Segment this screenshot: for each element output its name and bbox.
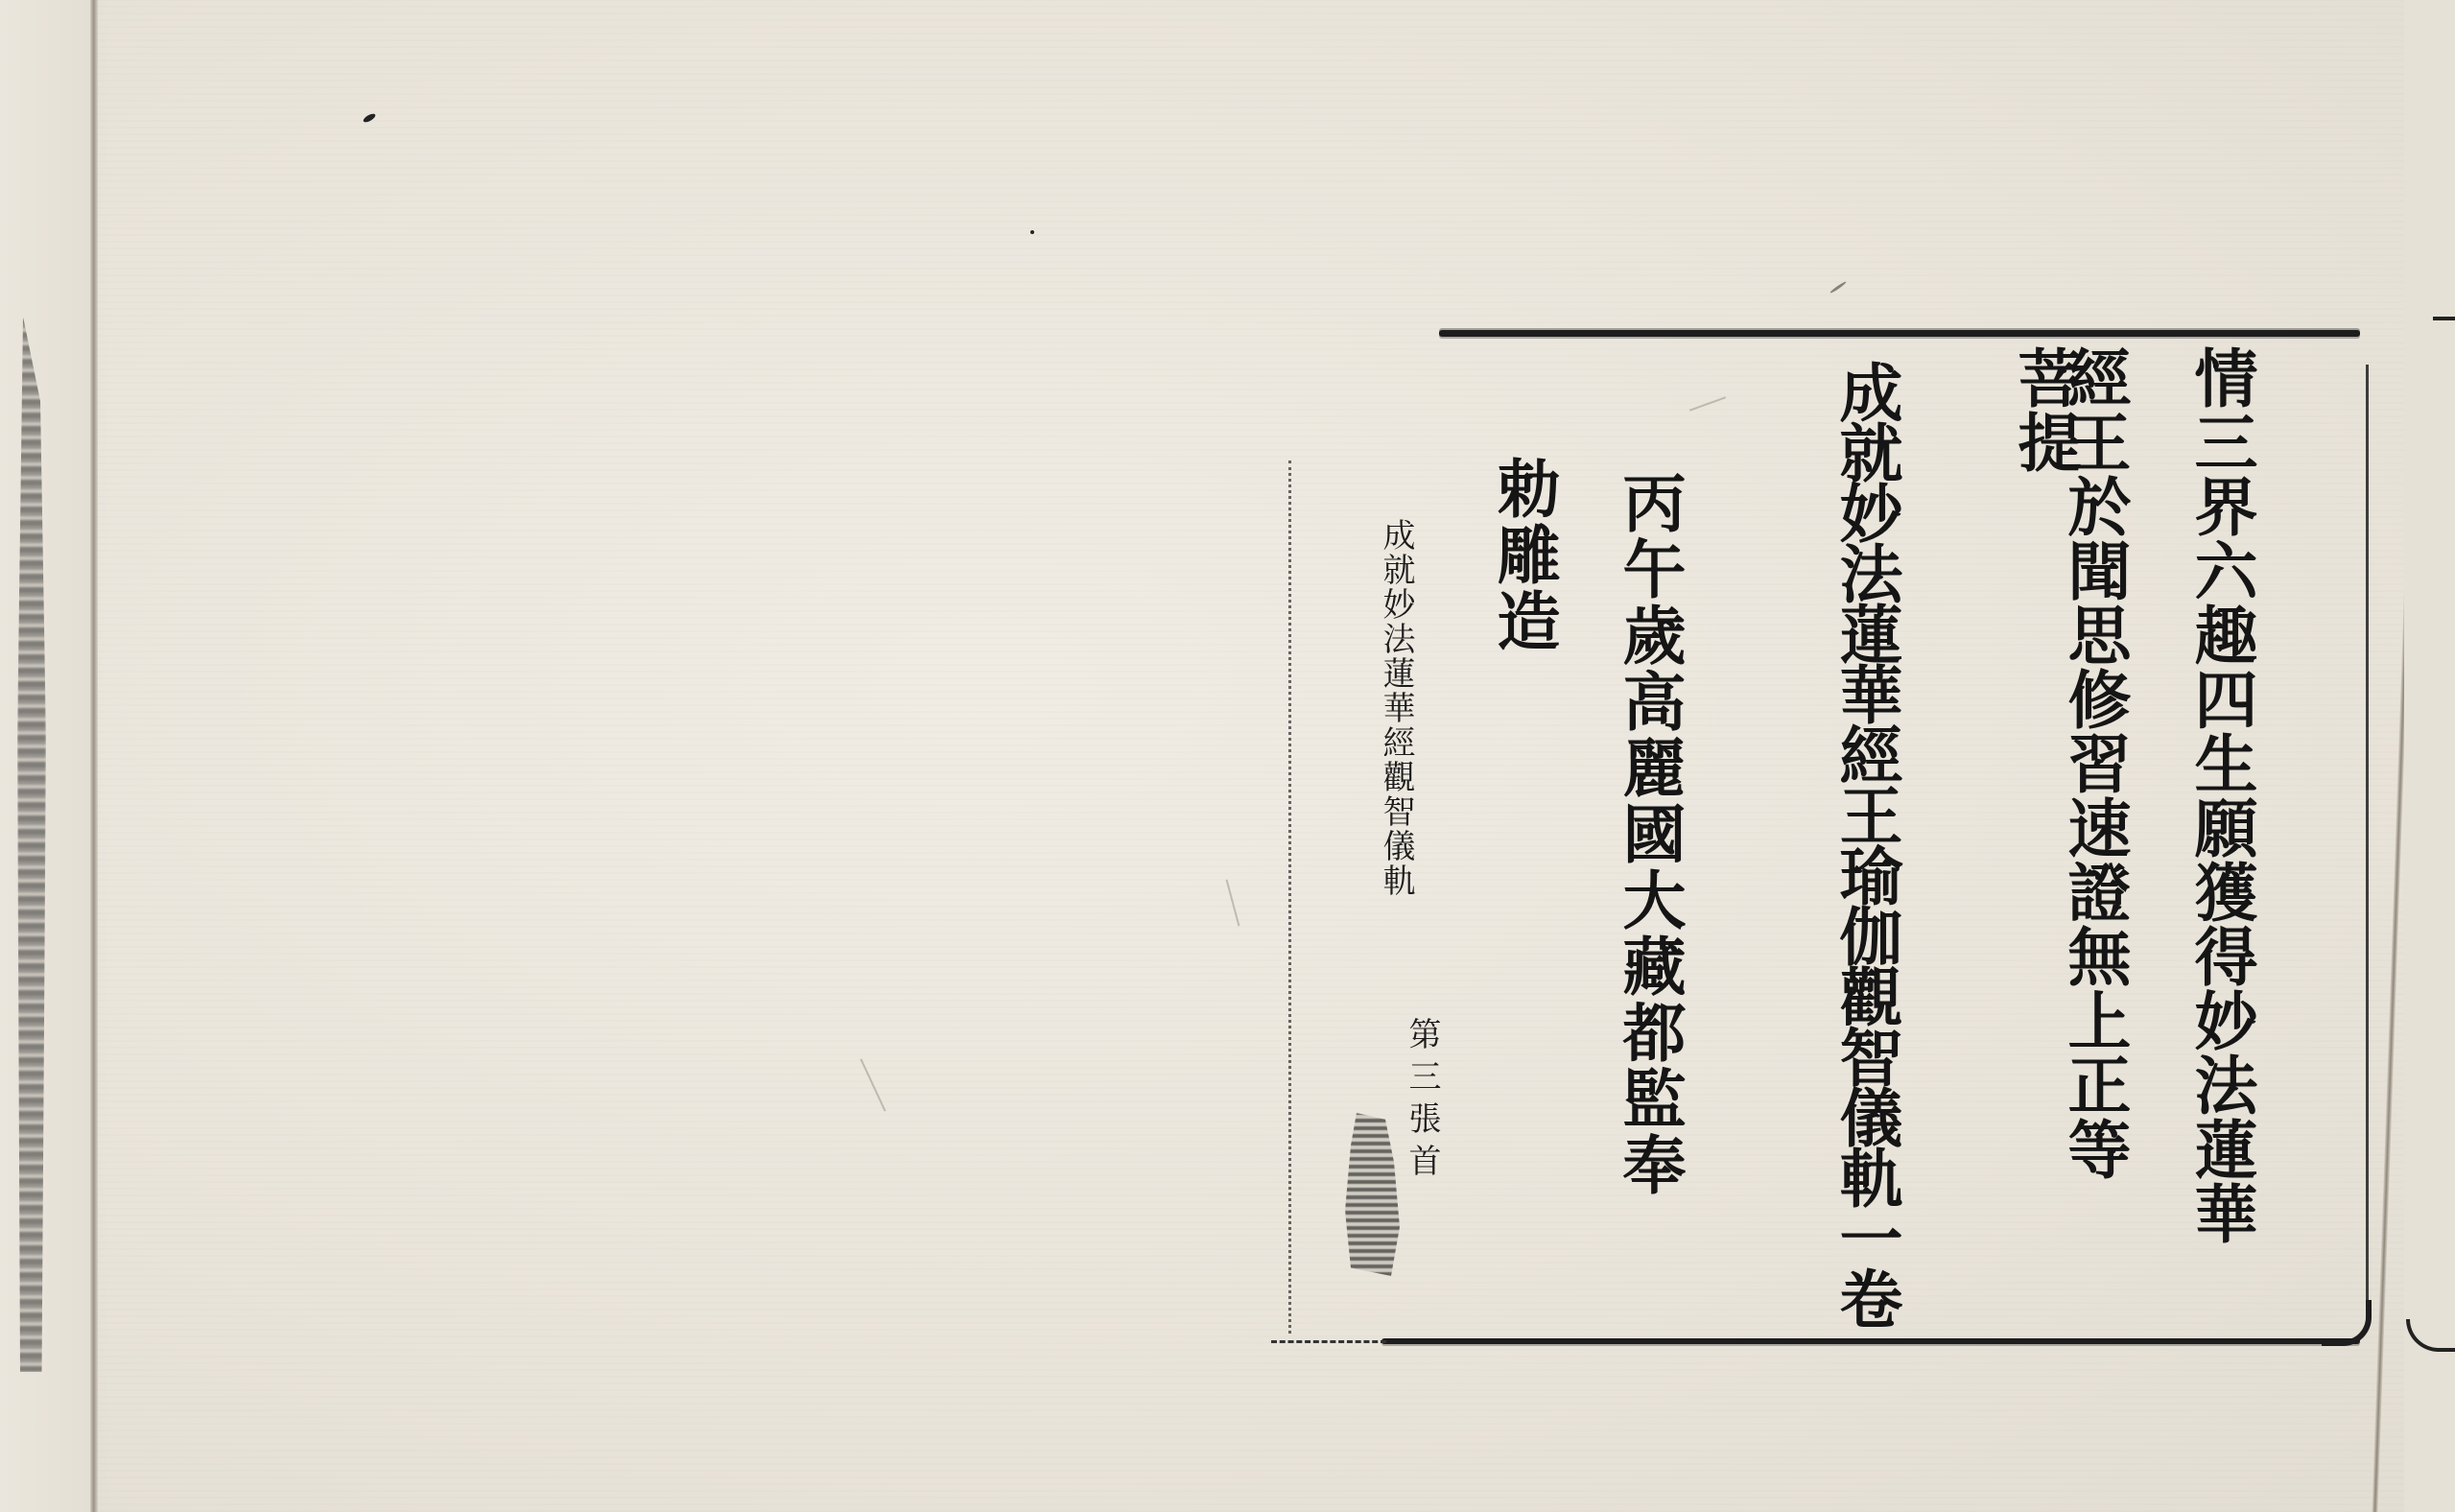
ink-speck [1030, 230, 1034, 234]
next-page-edge [2404, 0, 2455, 1512]
next-page-border-top [2433, 317, 2455, 320]
colophon-column: 丙午歲高麗國大藏都監奉 [1617, 470, 1681, 1198]
text-column-1: 情三界六趣四生願獲得妙法蓮華 [2189, 345, 2253, 1245]
colophon-column-2: 勅雕造 [1492, 456, 1555, 654]
folio-number: 第三張首 [1405, 1017, 1438, 1186]
text-column-3: 菩提 [2013, 345, 2076, 474]
margin-title: 成就妙法蓮華經觀智儀軌 [1380, 518, 1412, 898]
print-frame-bottom-faint-rule [1271, 1340, 1386, 1343]
page-fold-left [90, 0, 98, 1512]
sutra-title-column: 成就妙法蓮華經王瑜伽觀智儀軌一卷 [1834, 360, 1898, 1327]
print-frame-bottom-rule [1381, 1338, 2360, 1344]
print-frame-right-rule [2366, 365, 2369, 1324]
print-frame-top-rule [1439, 330, 2360, 337]
print-frame-left-rule [1288, 461, 1291, 1334]
carver-mark: 首 [1403, 1144, 1441, 1186]
folio-label: 第三張 [1403, 1017, 1441, 1144]
